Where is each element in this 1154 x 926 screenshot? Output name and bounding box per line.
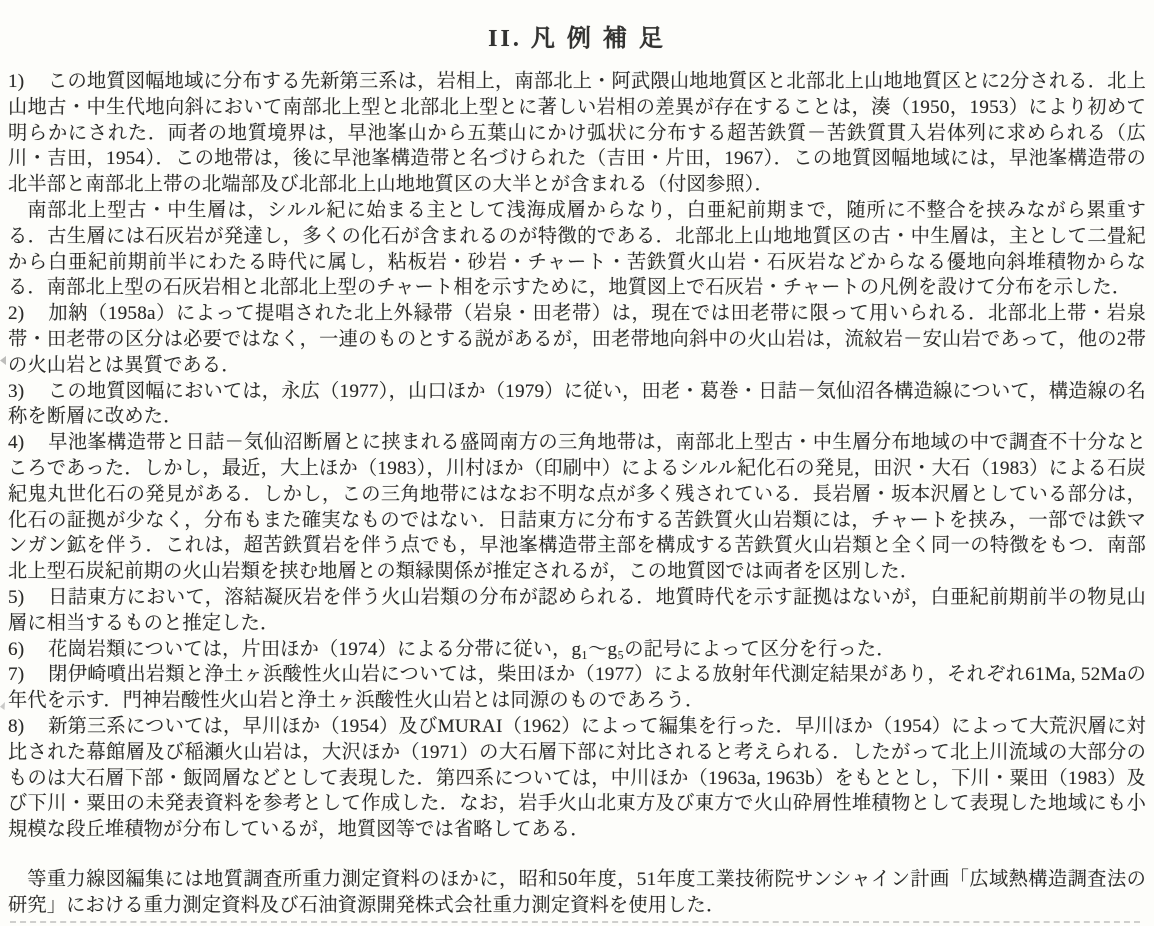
scan-speck	[0, 356, 6, 365]
note-number-4: 4)	[8, 430, 48, 456]
note-text-8: 新第三系については，早川ほか（1954）及びMURAI（1962）によって編集を…	[8, 716, 1146, 840]
note-item-1: 1)この地質図幅地域に分布する先新第三系は，岩相上，南部北上・阿武隈山地地質区と…	[8, 69, 1146, 198]
page-title: II. 凡 例 補 足	[8, 18, 1146, 53]
closing-paragraph: 等重力線図編集には地質調査所重力測定資料のほかに，昭和50年度，51年度工業技術…	[8, 867, 1146, 919]
note-item-6: 6)花崗岩類については，片田ほか（1974）による分帯に従い，g₁～g₅の記号に…	[8, 637, 1146, 663]
legend-notes-section: 1)この地質図幅地域に分布する先新第三系は，岩相上，南部北上・阿武隈山地地質区と…	[8, 69, 1146, 843]
note-text-2: 加納（1958a）によって提唱された北上外縁帯（岩泉・田老帯）は，現在では田老帯…	[8, 303, 1146, 376]
note-number-1: 1)	[8, 69, 48, 95]
note-item-8: 8)新第三系については，早川ほか（1954）及びMURAI（1962）によって編…	[8, 714, 1146, 843]
note-item-1-continued: 南部北上型古・中生層は，シルル紀に始まる主として浅海成層からなり，白亜紀前期まで…	[8, 198, 1146, 301]
note-number-7: 7)	[8, 662, 48, 688]
note-number-5: 5)	[8, 585, 48, 611]
note-item-4: 4)早池峯構造帯と日詰－気仙沼断層とに挟まれる盛岡南方の三角地帯は，南部北上型古…	[8, 430, 1146, 585]
note-item-7: 7)閉伊崎噴出岩類と浄土ヶ浜酸性火山岩については，柴田ほか（1977）による放射…	[8, 662, 1146, 714]
note-item-3: 3)この地質図幅においては，永広（1977），山口ほか（1979）に従い，田老・…	[8, 379, 1146, 431]
note-number-3: 3)	[8, 379, 48, 405]
note-text-3: この地質図幅においては，永広（1977），山口ほか（1979）に従い，田老・葛巻…	[8, 381, 1146, 428]
note-number-8: 8)	[8, 714, 48, 740]
note-text-1: この地質図幅地域に分布する先新第三系は，岩相上，南部北上・阿武隈山地地質区と北部…	[8, 71, 1146, 195]
note-text-4: 早池峯構造帯と日詰－気仙沼断層とに挟まれる盛岡南方の三角地帯は，南部北上型古・中…	[8, 432, 1146, 582]
note-item-5: 5)日詰東方において，溶結凝灰岩を伴う火山岩類の分布が認められる．地質時代を示す…	[8, 585, 1146, 637]
note-text-7: 閉伊崎噴出岩類と浄土ヶ浜酸性火山岩については，柴田ほか（1977）による放射年代…	[8, 664, 1146, 711]
scan-artifact-line	[10, 921, 1140, 923]
note-number-2: 2)	[8, 301, 48, 327]
note-text-6: 花崗岩類については，片田ほか（1974）による分帯に従い，g₁～g₅の記号によっ…	[48, 639, 896, 660]
note-item-2: 2)加納（1958a）によって提唱された北上外縁帯（岩泉・田老帯）は，現在では田…	[8, 301, 1146, 378]
scan-speck	[0, 702, 5, 710]
note-text-5: 日詰東方において，溶結凝灰岩を伴う火山岩類の分布が認められる．地質時代を示す証拠…	[8, 587, 1146, 634]
document-page: II. 凡 例 補 足 1)この地質図幅地域に分布する先新第三系は，岩相上，南部…	[0, 0, 1154, 926]
note-number-6: 6)	[8, 637, 48, 663]
